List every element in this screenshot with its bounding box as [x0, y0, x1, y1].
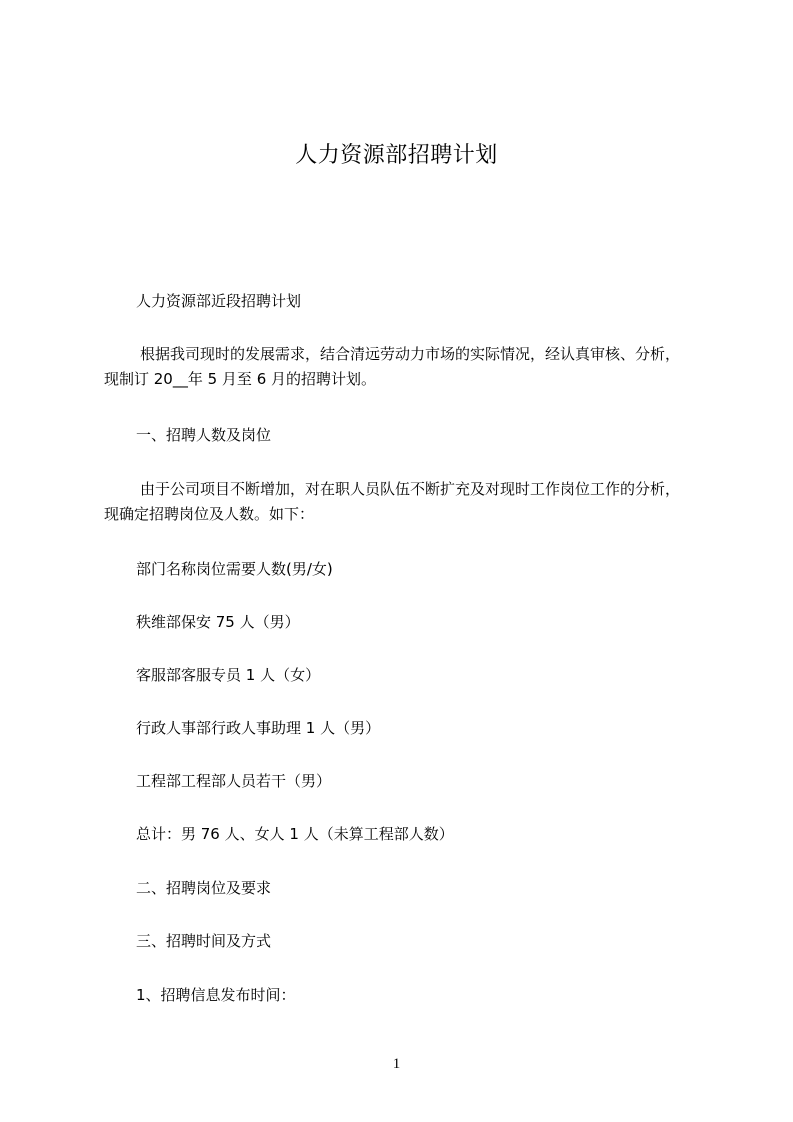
positions-total: 总计：男 76 人、女人 1 人（未算工程部人数）	[136, 823, 454, 845]
section2-heading: 二、招聘岗位及要求	[136, 877, 271, 899]
position-item: 秩维部保安 75 人（男）	[136, 611, 300, 633]
position-item: 行政人事部行政人事助理 1 人（男）	[136, 717, 380, 739]
positions-table-header: 部门名称岗位需要人数(男/女)	[136, 558, 333, 580]
intro-paragraph-line1: 根据我司现时的发展需求，结合清远劳动力市场的实际情况，经认真审核、分析，	[140, 343, 680, 365]
section3-heading: 三、招聘时间及方式	[136, 930, 271, 952]
document-title: 人力资源部招聘计划	[0, 141, 793, 171]
page-number: 1	[0, 1056, 793, 1073]
position-item: 工程部工程部人员若干（男）	[136, 770, 331, 792]
intro-paragraph-line2: 现制订 20__年 5 月至 6 月的招聘计划。	[104, 368, 376, 390]
section1-heading: 一、招聘人数及岗位	[136, 424, 271, 446]
position-item: 客服部客服专员 1 人（女）	[136, 664, 320, 686]
subtitle: 人力资源部近段招聘计划	[136, 290, 301, 312]
section1-paragraph-line1: 由于公司项目不断增加，对在职人员队伍不断扩充及对现时工作岗位工作的分析，	[140, 478, 680, 500]
section3-item1: 1、招聘信息发布时间：	[136, 984, 296, 1006]
section1-paragraph-line2: 现确定招聘岗位及人数。如下：	[104, 503, 314, 525]
